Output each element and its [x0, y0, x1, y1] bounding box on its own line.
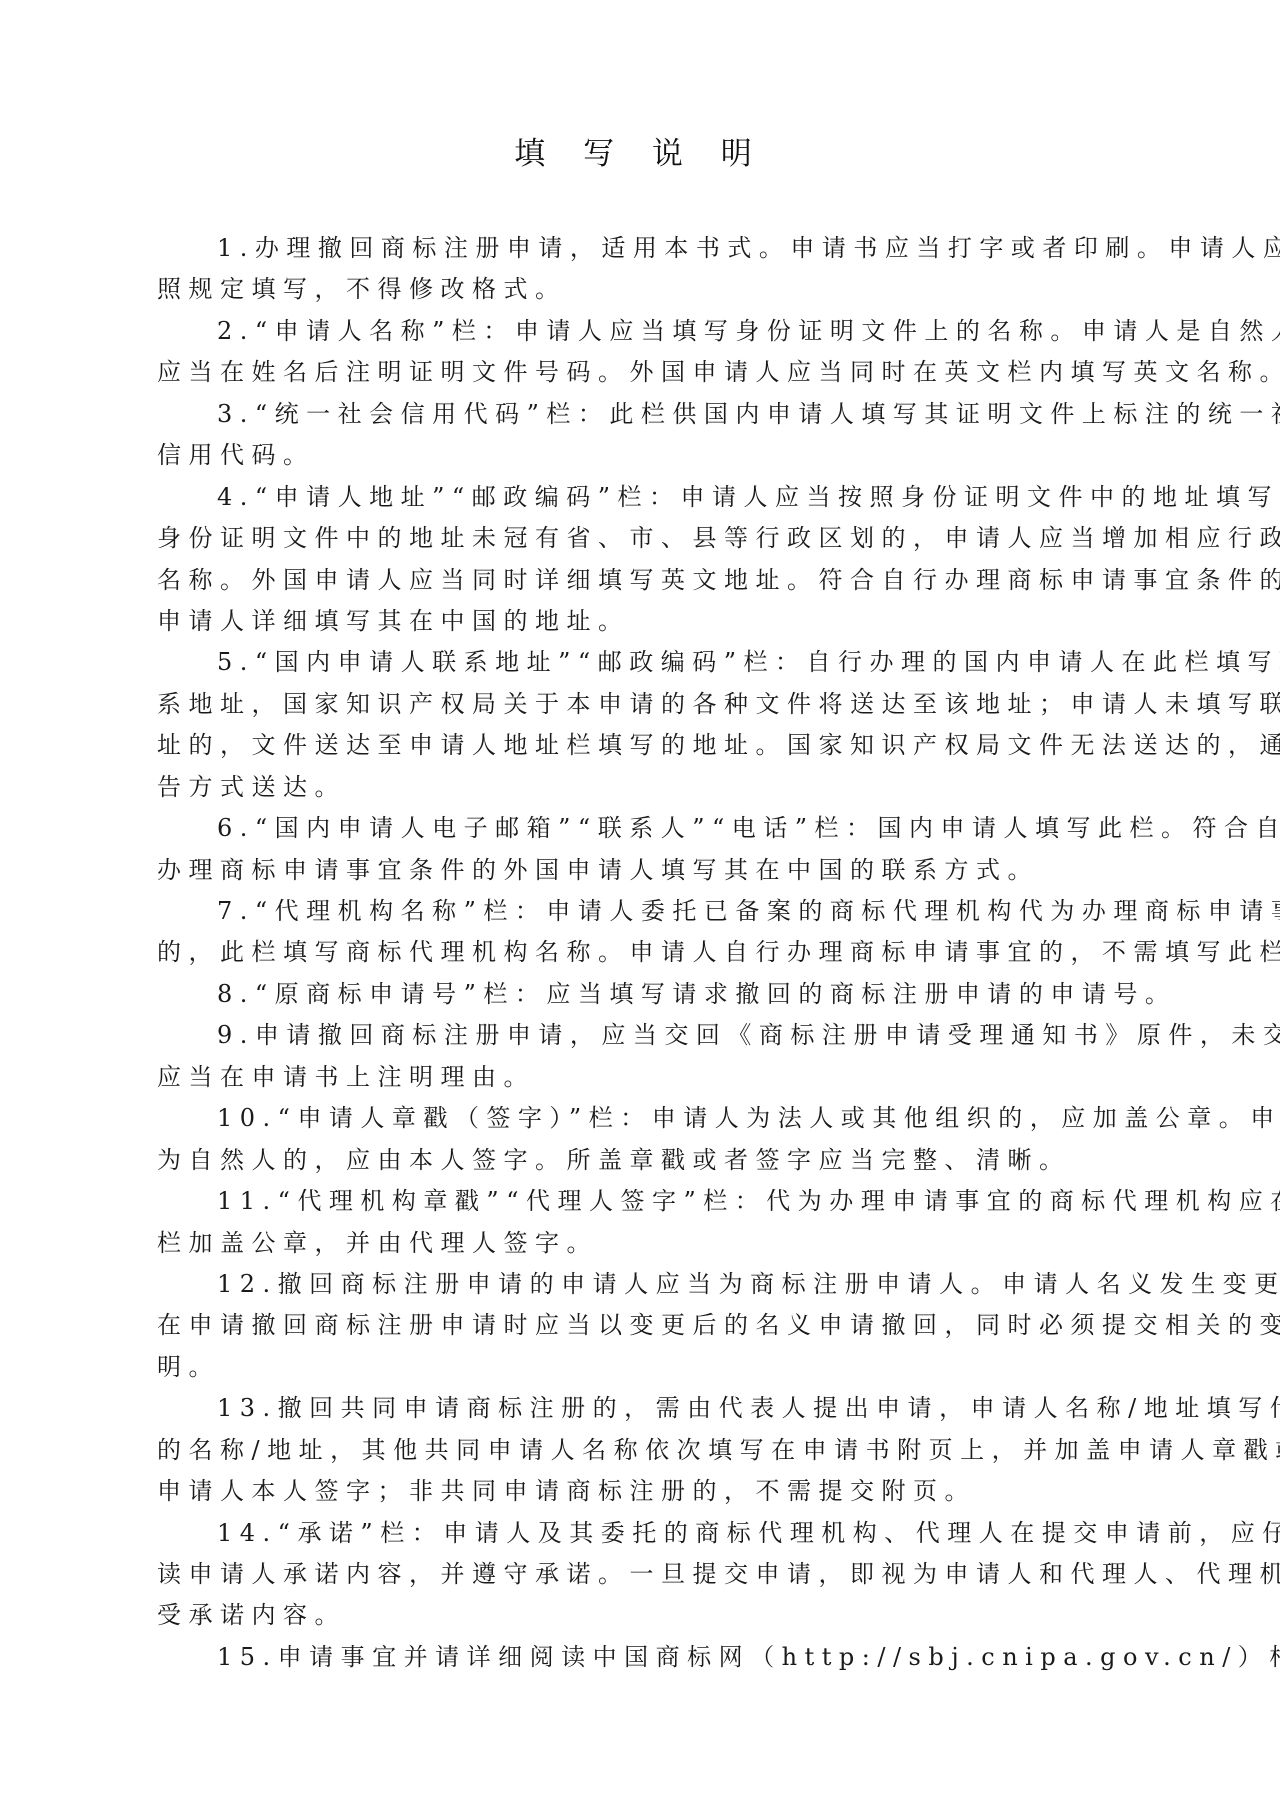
- item-line: 应当在申请书上注明理由。: [157, 1057, 1137, 1098]
- item-line: 2.“申请人名称”栏：申请人应当填写身份证明文件上的名称。申请人是自然人的，: [157, 311, 1137, 352]
- item-line: 系地址，国家知识产权局关于本申请的各种文件将送达至该地址；申请人未填写联系地: [157, 684, 1137, 725]
- instructions-body: 1.办理撤回商标注册申请，适用本书式。申请书应当打字或者印刷。申请人应当按 照规…: [157, 228, 1137, 1678]
- item-line: 6.“国内申请人电子邮箱”“联系人”“电话”栏：国内申请人填写此栏。符合自行: [157, 808, 1137, 849]
- instruction-item-3: 3.“统一社会信用代码”栏：此栏供国内申请人填写其证明文件上标注的统一社会 信用…: [157, 394, 1137, 477]
- item-line: 的，此栏填写商标代理机构名称。申请人自行办理商标申请事宜的，不需填写此栏。: [157, 932, 1137, 973]
- item-line: 照规定填写，不得修改格式。: [157, 269, 1137, 310]
- instruction-item-13: 13.撤回共同申请商标注册的，需由代表人提出申请，申请人名称/地址填写代表人 的…: [157, 1388, 1137, 1512]
- item-line: 栏加盖公章，并由代理人签字。: [157, 1223, 1137, 1264]
- item-line: 受承诺内容。: [157, 1595, 1137, 1636]
- item-line: 申请人本人签字；非共同申请商标注册的，不需提交附页。: [157, 1471, 1137, 1512]
- item-line: 15.申请事宜并请详细阅读中国商标网（http://sbj.cnipa.gov.…: [157, 1637, 1137, 1678]
- item-line: 8.“原商标申请号”栏：应当填写请求撤回的商标注册申请的申请号。: [157, 974, 1137, 1015]
- item-line: 10.“申请人章戳（签字）”栏：申请人为法人或其他组织的，应加盖公章。申请人: [157, 1098, 1137, 1139]
- instruction-item-2: 2.“申请人名称”栏：申请人应当填写身份证明文件上的名称。申请人是自然人的， 应…: [157, 311, 1137, 394]
- instruction-item-8: 8.“原商标申请号”栏：应当填写请求撤回的商标注册申请的申请号。: [157, 974, 1137, 1015]
- item-line: 明。: [157, 1347, 1137, 1388]
- item-line: 申请人详细填写其在中国的地址。: [157, 601, 1137, 642]
- item-line: 在申请撤回商标注册申请时应当以变更后的名义申请撤回，同时必须提交相关的变更证: [157, 1305, 1137, 1346]
- item-line: 5.“国内申请人联系地址”“邮政编码”栏：自行办理的国内申请人在此栏填写联: [157, 642, 1137, 683]
- item-line: 7.“代理机构名称”栏：申请人委托已备案的商标代理机构代为办理商标申请事宜: [157, 891, 1137, 932]
- instruction-item-14: 14.“承诺”栏：申请人及其委托的商标代理机构、代理人在提交申请前，应仔细阅 读…: [157, 1513, 1137, 1637]
- item-line: 13.撤回共同申请商标注册的，需由代表人提出申请，申请人名称/地址填写代表人: [157, 1388, 1137, 1429]
- instruction-item-12: 12.撤回商标注册申请的申请人应当为商标注册申请人。申请人名义发生变更的， 在申…: [157, 1264, 1137, 1388]
- item-line: 告方式送达。: [157, 767, 1137, 808]
- page-title: 填 写 说 明: [0, 134, 1280, 174]
- instruction-item-4: 4.“申请人地址”“邮政编码”栏：申请人应当按照身份证明文件中的地址填写； 身份…: [157, 477, 1137, 643]
- item-line: 14.“承诺”栏：申请人及其委托的商标代理机构、代理人在提交申请前，应仔细阅: [157, 1513, 1137, 1554]
- item-line: 1.办理撤回商标注册申请，适用本书式。申请书应当打字或者印刷。申请人应当按: [157, 228, 1137, 269]
- instruction-item-11: 11.“代理机构章戳”“代理人签字”栏：代为办理申请事宜的商标代理机构应在此 栏…: [157, 1181, 1137, 1264]
- item-line: 信用代码。: [157, 435, 1137, 476]
- item-line: 3.“统一社会信用代码”栏：此栏供国内申请人填写其证明文件上标注的统一社会: [157, 394, 1137, 435]
- item-line: 12.撤回商标注册申请的申请人应当为商标注册申请人。申请人名义发生变更的，: [157, 1264, 1137, 1305]
- instruction-item-5: 5.“国内申请人联系地址”“邮政编码”栏：自行办理的国内申请人在此栏填写联 系地…: [157, 642, 1137, 808]
- item-line: 9.申请撤回商标注册申请，应当交回《商标注册申请受理通知书》原件，未交回的: [157, 1015, 1137, 1056]
- instruction-item-9: 9.申请撤回商标注册申请，应当交回《商标注册申请受理通知书》原件，未交回的 应当…: [157, 1015, 1137, 1098]
- item-line: 为自然人的，应由本人签字。所盖章戳或者签字应当完整、清晰。: [157, 1140, 1137, 1181]
- item-line: 4.“申请人地址”“邮政编码”栏：申请人应当按照身份证明文件中的地址填写；: [157, 477, 1137, 518]
- instruction-item-7: 7.“代理机构名称”栏：申请人委托已备案的商标代理机构代为办理商标申请事宜 的，…: [157, 891, 1137, 974]
- item-line: 址的，文件送达至申请人地址栏填写的地址。国家知识产权局文件无法送达的，通过公: [157, 725, 1137, 766]
- item-line: 办理商标申请事宜条件的外国申请人填写其在中国的联系方式。: [157, 850, 1137, 891]
- instruction-item-1: 1.办理撤回商标注册申请，适用本书式。申请书应当打字或者印刷。申请人应当按 照规…: [157, 228, 1137, 311]
- instruction-item-10: 10.“申请人章戳（签字）”栏：申请人为法人或其他组织的，应加盖公章。申请人 为…: [157, 1098, 1137, 1181]
- instruction-item-6: 6.“国内申请人电子邮箱”“联系人”“电话”栏：国内申请人填写此栏。符合自行 办…: [157, 808, 1137, 891]
- item-line: 身份证明文件中的地址未冠有省、市、县等行政区划的，申请人应当增加相应行政区划: [157, 518, 1137, 559]
- instruction-item-15: 15.申请事宜并请详细阅读中国商标网（http://sbj.cnipa.gov.…: [157, 1637, 1137, 1678]
- item-line: 11.“代理机构章戳”“代理人签字”栏：代为办理申请事宜的商标代理机构应在此: [157, 1181, 1137, 1222]
- item-line: 应当在姓名后注明证明文件号码。外国申请人应当同时在英文栏内填写英文名称。: [157, 352, 1137, 393]
- document-page: 填 写 说 明 1.办理撤回商标注册申请，适用本书式。申请书应当打字或者印刷。申…: [0, 0, 1280, 1810]
- item-line: 的名称/地址，其他共同申请人名称依次填写在申请书附页上，并加盖申请人章戳或由: [157, 1430, 1137, 1471]
- item-line: 读申请人承诺内容，并遵守承诺。一旦提交申请，即视为申请人和代理人、代理机构接: [157, 1554, 1137, 1595]
- item-line: 名称。外国申请人应当同时详细填写英文地址。符合自行办理商标申请事宜条件的外国: [157, 560, 1137, 601]
